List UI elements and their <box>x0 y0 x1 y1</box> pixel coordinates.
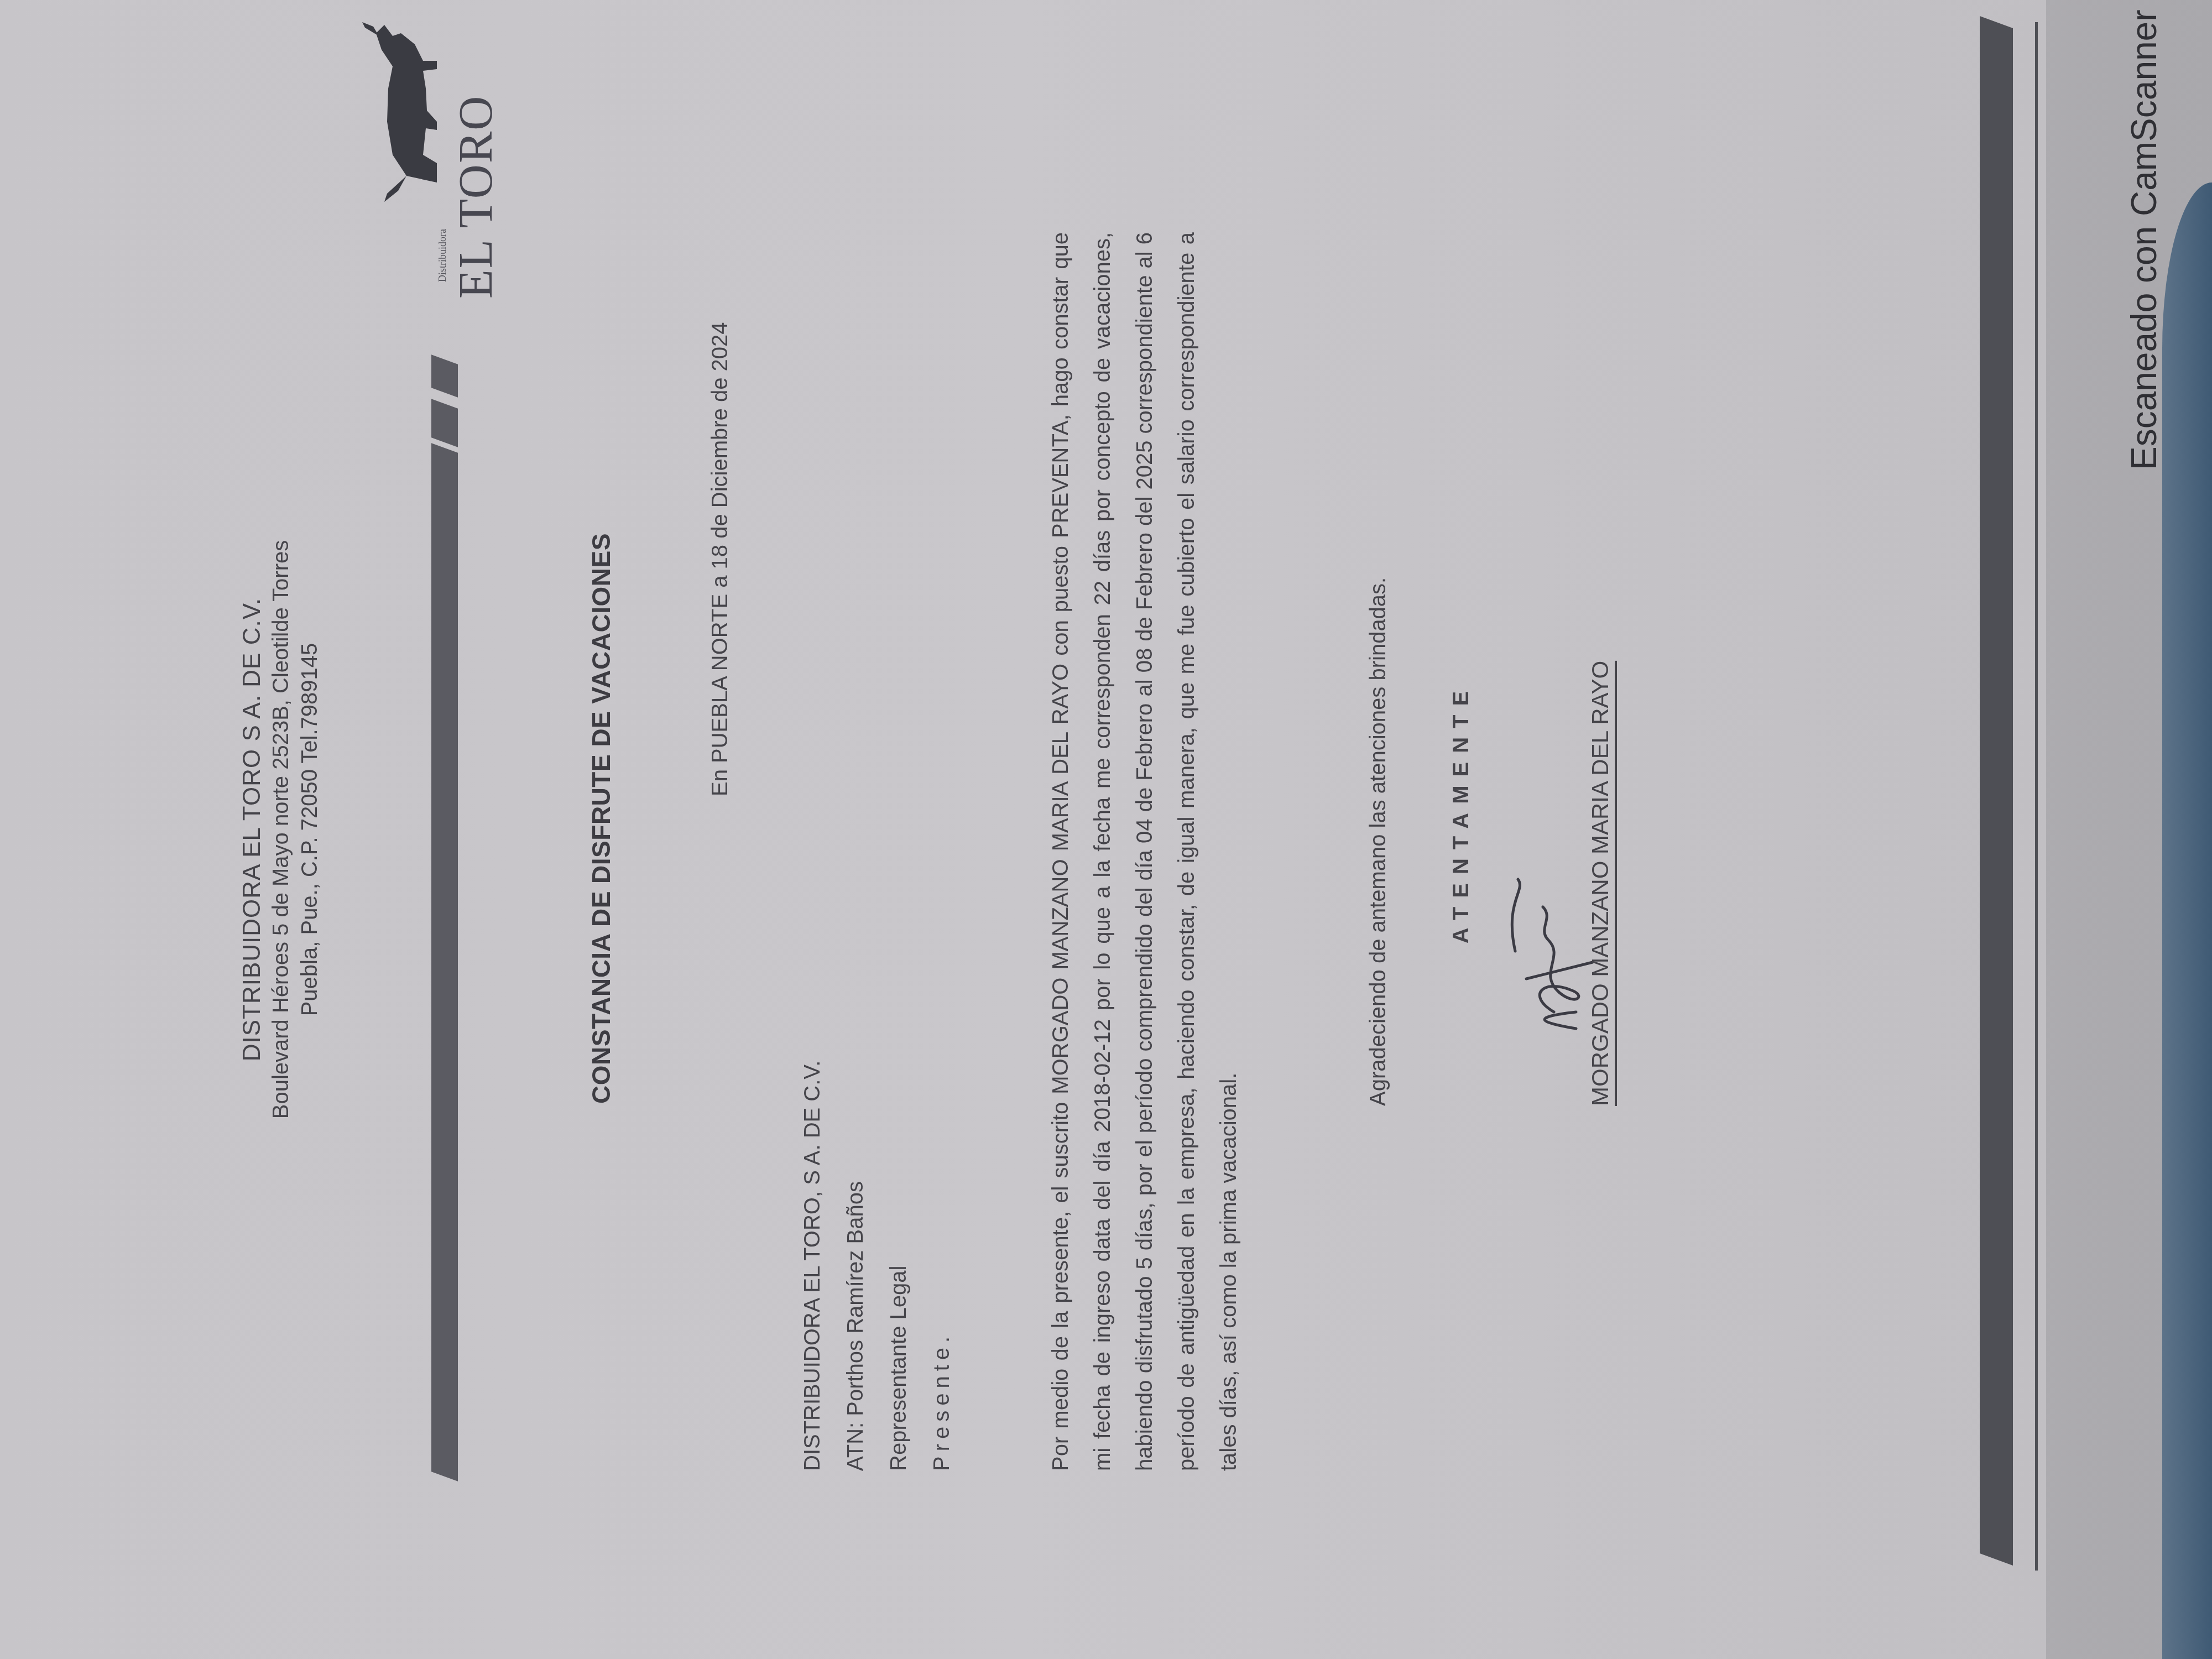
logo-tagline: Distribuidora <box>437 229 448 282</box>
letterhead-company: DISTRIBUIDORA EL TORO S A. DE C.V. <box>238 498 267 1161</box>
closing-thanks: Agradeciendo de antemano las atenciones … <box>1366 577 1391 1106</box>
decorative-bar-top <box>431 443 458 1481</box>
decorative-bar-bottom <box>1980 16 2013 1566</box>
body-paragraph: Por medio de la presente, el suscrito MO… <box>1040 232 1250 1471</box>
document-page-rotated: DISTRIBUIDORA EL TORO S A. DE C.V. Boule… <box>0 0 2212 1659</box>
document-dateline: En PUEBLA NORTE a 18 de Diciembre de 202… <box>708 322 733 797</box>
decorative-bar-accent <box>431 354 458 397</box>
decorative-line-bottom <box>2035 22 2038 1571</box>
letterhead-city-phone: Puebla, Pue., C.P. 72050 Tel.7989145 <box>295 498 324 1161</box>
camscanner-watermark: Escaneado con CamScanner <box>2124 10 2164 471</box>
signer-name: MORGADO MANZANO MARIA DEL RAYO <box>1587 661 1614 1106</box>
addressee-block: DISTRIBUIDORA EL TORO, S A. DE C.V. ATN:… <box>791 1061 963 1471</box>
document-page: DISTRIBUIDORA EL TORO S A. DE C.V. Boule… <box>0 0 2046 1659</box>
closing-salutation: ATENTAMENTE <box>1449 564 1474 1062</box>
addressee-company: DISTRIBUIDORA EL TORO, S A. DE C.V. <box>791 1061 834 1471</box>
addressee-greeting: Presente. <box>920 1061 963 1471</box>
logo-brand: EL TORO <box>448 95 503 299</box>
letterhead: DISTRIBUIDORA EL TORO S A. DE C.V. Boule… <box>238 498 324 1161</box>
addressee-attention: ATN: Porthos Ramírez Baños <box>834 1061 877 1471</box>
letterhead-address: Boulevard Héroes 5 de Mayo norte 2523B, … <box>267 498 295 1161</box>
decorative-bar-accent <box>431 399 458 447</box>
company-logo: Distribuidora EL TORO <box>354 11 520 321</box>
document-title: CONSTANCIA DE DISFRUTE DE VACACIONES <box>586 487 616 1150</box>
addressee-role: Representante Legal <box>877 1061 920 1471</box>
